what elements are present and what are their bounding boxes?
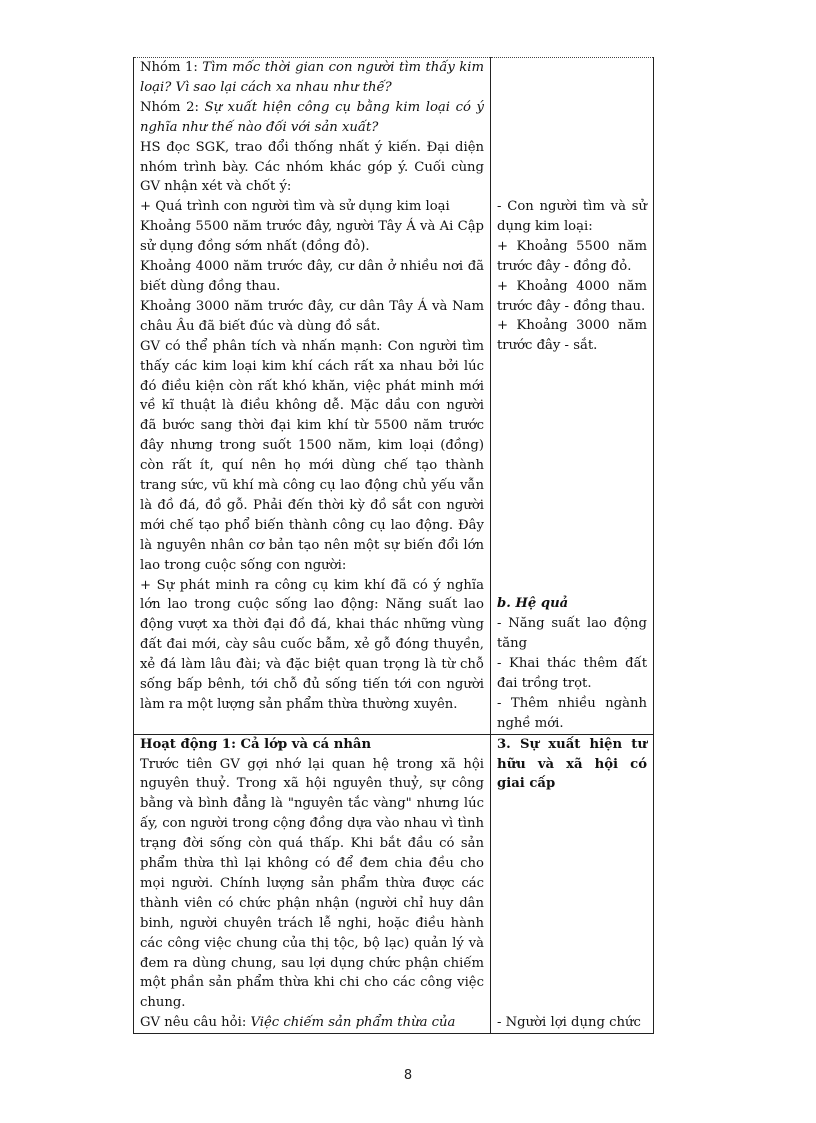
instructions-paragraph: HS đọc SGK, trao đổi thống nhất ý kiến. … bbox=[140, 138, 484, 198]
question-line: GV nêu câu hỏi: Việc chiếm sản phẩm thừa… bbox=[140, 1013, 484, 1033]
consequence-1: - Năng suất lao động tăng bbox=[497, 614, 647, 654]
activity-heading: Hoạt động 1: Cả lớp và cá nhân bbox=[140, 735, 484, 755]
group-2-task: Nhóm 2: Sự xuất hiện công cụ bằng kim lo… bbox=[140, 98, 484, 138]
summary-5500: + Khoảng 5500 năm trước đây - đồng đỏ. bbox=[497, 237, 647, 277]
answer-start: - Người lợi dụng chức bbox=[497, 1013, 647, 1033]
consequence-heading: b. Hệ quả bbox=[497, 594, 647, 614]
group-2-label: Nhóm 2: bbox=[140, 100, 205, 115]
fact-3000: Khoảng 3000 năm trước đây, cư dân Tây Á … bbox=[140, 297, 484, 337]
fact-4000: Khoảng 4000 năm trước đây, cư dân ở nhiề… bbox=[140, 257, 484, 297]
spacer bbox=[497, 794, 647, 1013]
fact-5500: Khoảng 5500 năm trước đây, người Tây Á v… bbox=[140, 217, 484, 257]
document-page: Nhóm 1: Tìm mốc thời gian con người tìm … bbox=[0, 0, 816, 1123]
teacher-activity-cell: Hoạt động 1: Cả lớp và cá nhân Trước tiê… bbox=[134, 734, 491, 1034]
process-heading: + Quá trình con người tìm và sử dụng kim… bbox=[140, 197, 484, 217]
summary-3000: + Khoảng 3000 năm trước đây - sắt. bbox=[497, 316, 647, 356]
lesson-plan-table: Nhóm 1: Tìm mốc thời gian con người tìm … bbox=[133, 57, 654, 1034]
activity-paragraph: Trước tiên GV gợi nhớ lại quan hệ trong … bbox=[140, 755, 484, 1014]
knowledge-cell: - Con người tìm và sử dụng kim loại: + K… bbox=[491, 58, 654, 735]
significance-paragraph: + Sự phát minh ra công cụ kim khí đã có … bbox=[140, 576, 484, 715]
question-text: Việc chiếm sản phẩm thừa của bbox=[250, 1015, 455, 1030]
summary-intro: - Con người tìm và sử dụng kim loại: bbox=[497, 197, 647, 237]
table-row: Hoạt động 1: Cả lớp và cá nhân Trước tiê… bbox=[134, 734, 654, 1034]
analysis-paragraph: GV có thể phân tích và nhấn mạnh: Con ng… bbox=[140, 337, 484, 576]
summary-4000: + Khoảng 4000 năm trước đây - đồng thau. bbox=[497, 277, 647, 317]
consequence-3: - Thêm nhiều ngành nghề mới. bbox=[497, 694, 647, 734]
page-number: 8 bbox=[0, 1068, 816, 1083]
consequence-2: - Khai thác thêm đất đai trồng trọt. bbox=[497, 654, 647, 694]
teacher-activity-cell: Nhóm 1: Tìm mốc thời gian con người tìm … bbox=[134, 58, 491, 735]
spacer bbox=[497, 356, 647, 594]
spacer bbox=[497, 58, 647, 197]
table-row: Nhóm 1: Tìm mốc thời gian con người tìm … bbox=[134, 58, 654, 735]
question-label: GV nêu câu hỏi: bbox=[140, 1015, 250, 1030]
knowledge-cell: 3. Sự xuất hiện tư hữu và xã hội có giai… bbox=[491, 734, 654, 1034]
section-heading: 3. Sự xuất hiện tư hữu và xã hội có giai… bbox=[497, 735, 647, 795]
group-1-label: Nhóm 1: bbox=[140, 60, 202, 75]
group-1-task: Nhóm 1: Tìm mốc thời gian con người tìm … bbox=[140, 58, 484, 98]
